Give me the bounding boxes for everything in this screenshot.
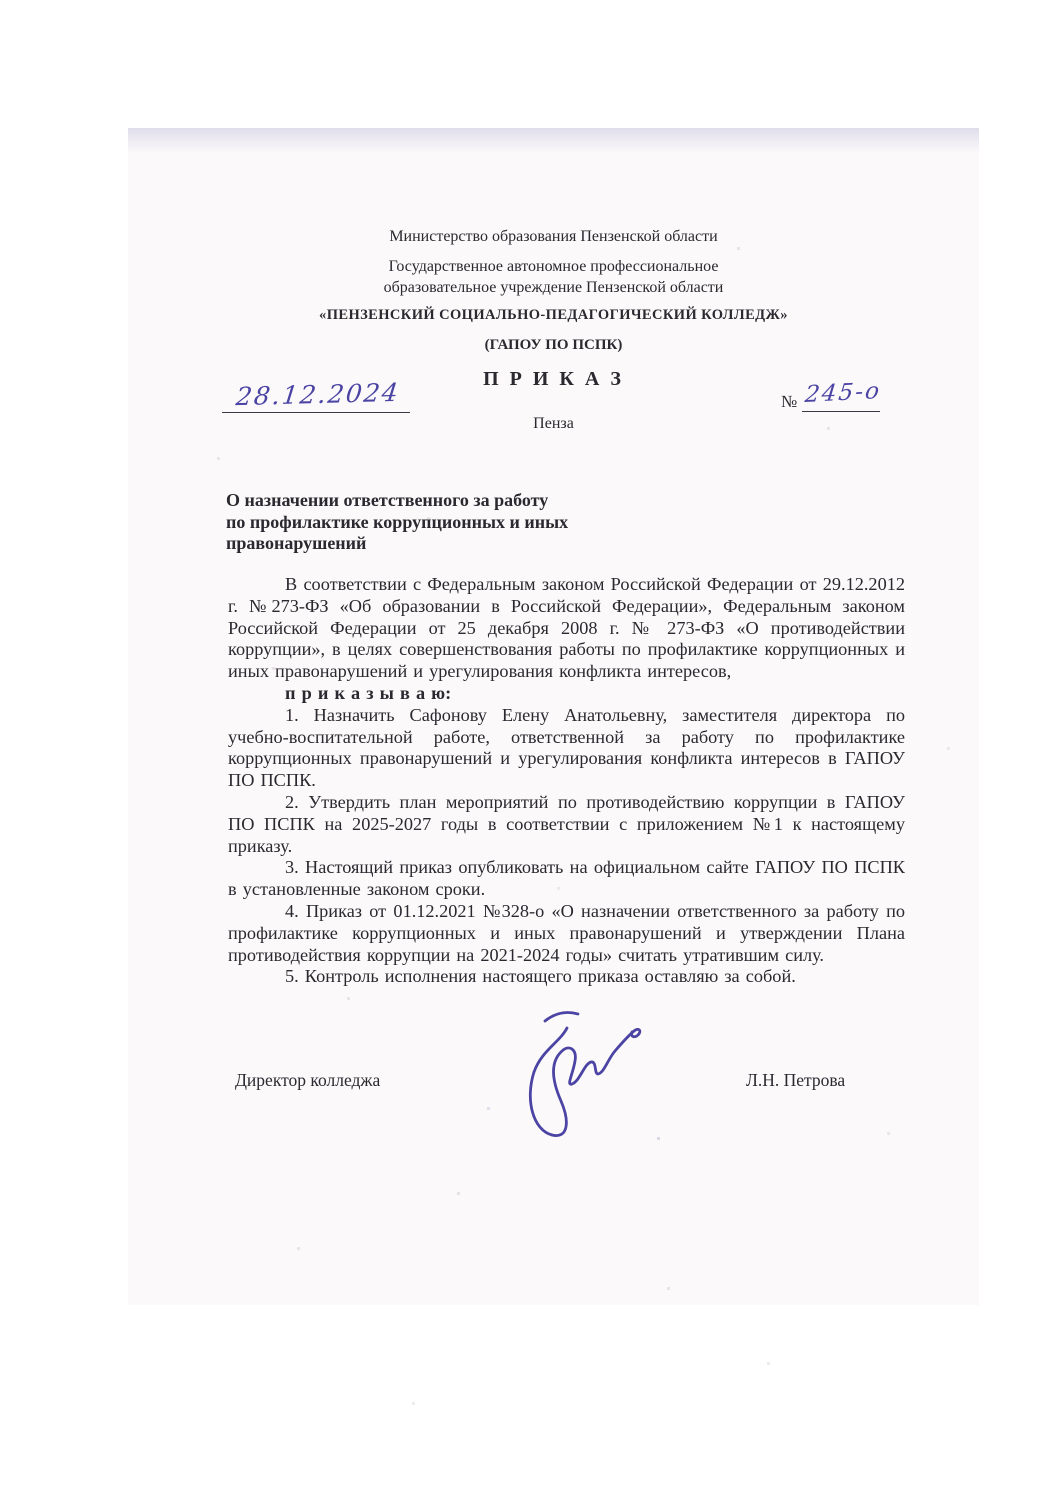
city-line: Пенза [128,415,979,433]
org-name-line-2: образовательное учреждение Пензенской об… [128,277,979,299]
subject-line: О назначении ответственного за работу [226,490,568,512]
order-item-1: 1. Назначить Сафонову Елену Анатольевну,… [228,705,905,792]
order-item-4: 4. Приказ от 01.12.2021 №328-о «О назнач… [228,901,905,966]
order-subject: О назначении ответственного за работу по… [226,490,568,555]
signature-ink [500,1003,670,1155]
ministry-line: Министерство образования Пензенской обла… [128,226,979,248]
subject-line: по профилактике коррупционных и иных [226,512,568,534]
signer-position-label: Директор колледжа [235,1070,380,1091]
org-name-line-1: Государственное автономное профессиональ… [128,256,979,278]
number-underline [802,411,880,412]
handwritten-order-number: 245-о [800,378,885,408]
order-item-2: 2. Утвердить план мероприятий по противо… [228,792,905,857]
preamble-paragraph: В соответствии с Федеральным законом Рос… [228,574,905,683]
signer-name: Л.Н. Петрова [746,1070,845,1091]
scan-noise-specks [128,128,129,129]
scanned-order-page: Министерство образования Пензенской обла… [128,128,979,1305]
college-abbreviation: (ГАПОУ ПО ПСПК) [128,337,979,354]
subject-line: правонарушений [226,533,568,555]
decree-word: п р и к а з ы в а ю: [228,683,905,705]
date-underline [222,412,410,413]
handwritten-date: 28.12.2024 [214,377,422,411]
order-item-3: 3. Настоящий приказ опубликовать на офиц… [228,857,905,901]
order-body: В соответствии с Федеральным законом Рос… [228,574,905,988]
number-sign: № [781,392,797,412]
college-name: «ПЕНЗЕНСКИЙ СОЦИАЛЬНО-ПЕДАГОГИЧЕСКИЙ КОЛ… [128,307,979,324]
order-item-5: 5. Контроль исполнения настоящего приказ… [228,966,905,988]
